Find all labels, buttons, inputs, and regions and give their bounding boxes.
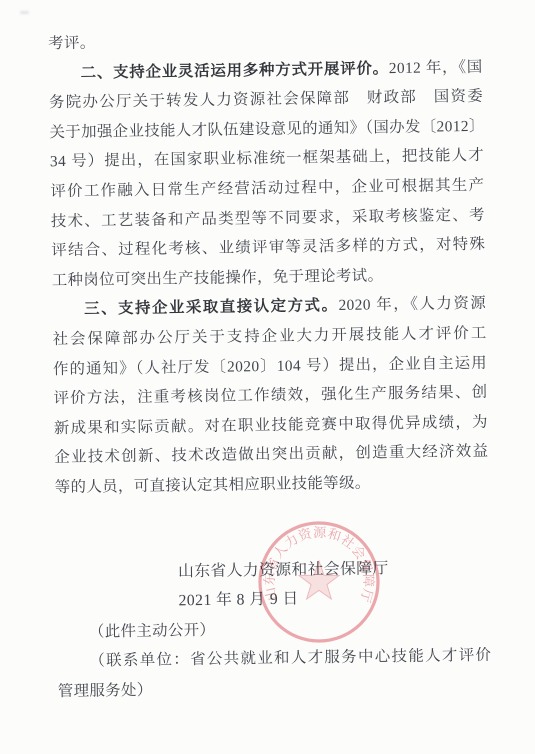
text-segment: 评价方法，注重考核岗位工作绩效，强化生产服务结果、创 — [53, 384, 487, 407]
text-segment: 等的人员，可直接认定其相应职业技能等级。 — [55, 474, 371, 496]
heading-segment: 二、支持企业灵活运用多种方式开展评价。 — [81, 60, 389, 82]
text-segment: 新成果和实际贡献。对在职业技能竞赛中取得优异成绩，为 — [54, 413, 488, 436]
text-segment: 企业技术创新、技术改造做出突出贡献，创造重大经济效益 — [54, 443, 488, 466]
text-segment: 关于加强企业技能人才队伍建设意见的通知》（国办发〔2012〕 — [49, 118, 484, 141]
text-segment: 工种岗位可突出生产技能操作，免于理论考试。 — [52, 267, 384, 289]
text-segment: 评结合、过程化考核、业绩评审等灵活多样的方式，对特殊 — [51, 236, 485, 259]
text-segment: 社会保障部办公厅关于支持企业大力开展技能人才评价工 — [53, 325, 487, 348]
text-segment: 作的通知》（人社厅发〔2020〕104 号）提出，企业自主运用 — [53, 354, 487, 377]
text-segment: 技术、工艺装备和产品类型等不同要求，采取考核鉴定、考 — [51, 206, 485, 229]
text-segment: 评价工作融入日常生产经营活动过程中，企业可根据其生产 — [50, 177, 484, 200]
note-line: 管理服务处） — [58, 671, 492, 707]
scan-smudge — [20, 11, 29, 14]
signature-date: 2021 年 8 月 9 日 — [178, 582, 478, 616]
body-lines: 考评。二、支持企业灵活运用多种方式开展评价。2012 年，《国务院办公厅关于转发… — [48, 23, 489, 503]
text-segment: 务院办公厅关于转发人力资源社会保障部 财政部 国资委 — [49, 88, 483, 111]
text-segment: 考评。 — [48, 35, 96, 53]
text-segment: 2020 年，《人力资源 — [338, 295, 486, 314]
signature-org: 山东省人力资源和社会保障厅 — [178, 552, 478, 586]
text-segment: 34 号）提出，在国家职业标准统一框架基础上，把技能人才 — [50, 147, 484, 170]
document-page: 考评。二、支持企业灵活运用多种方式开展评价。2012 年，《国务院办公厅关于转发… — [0, 0, 535, 754]
signature-block: 山东省人力资源和社会保障厅 2021 年 8 月 9 日 — [178, 552, 479, 616]
text-line: 等的人员，可直接认定其相应职业技能等级。 — [55, 467, 489, 503]
notes-block: （此件主动公开）（联系单位：省公共就业和人才服务中心技能人才评价管理服务处） — [57, 611, 492, 706]
text-segment: 2012 年，《国 — [389, 58, 483, 76]
heading-segment: 三、支持企业采取直接认定方式。 — [84, 297, 339, 318]
document-content: 考评。二、支持企业灵活运用多种方式开展评价。2012 年，《国务院办公厅关于转发… — [48, 23, 492, 707]
